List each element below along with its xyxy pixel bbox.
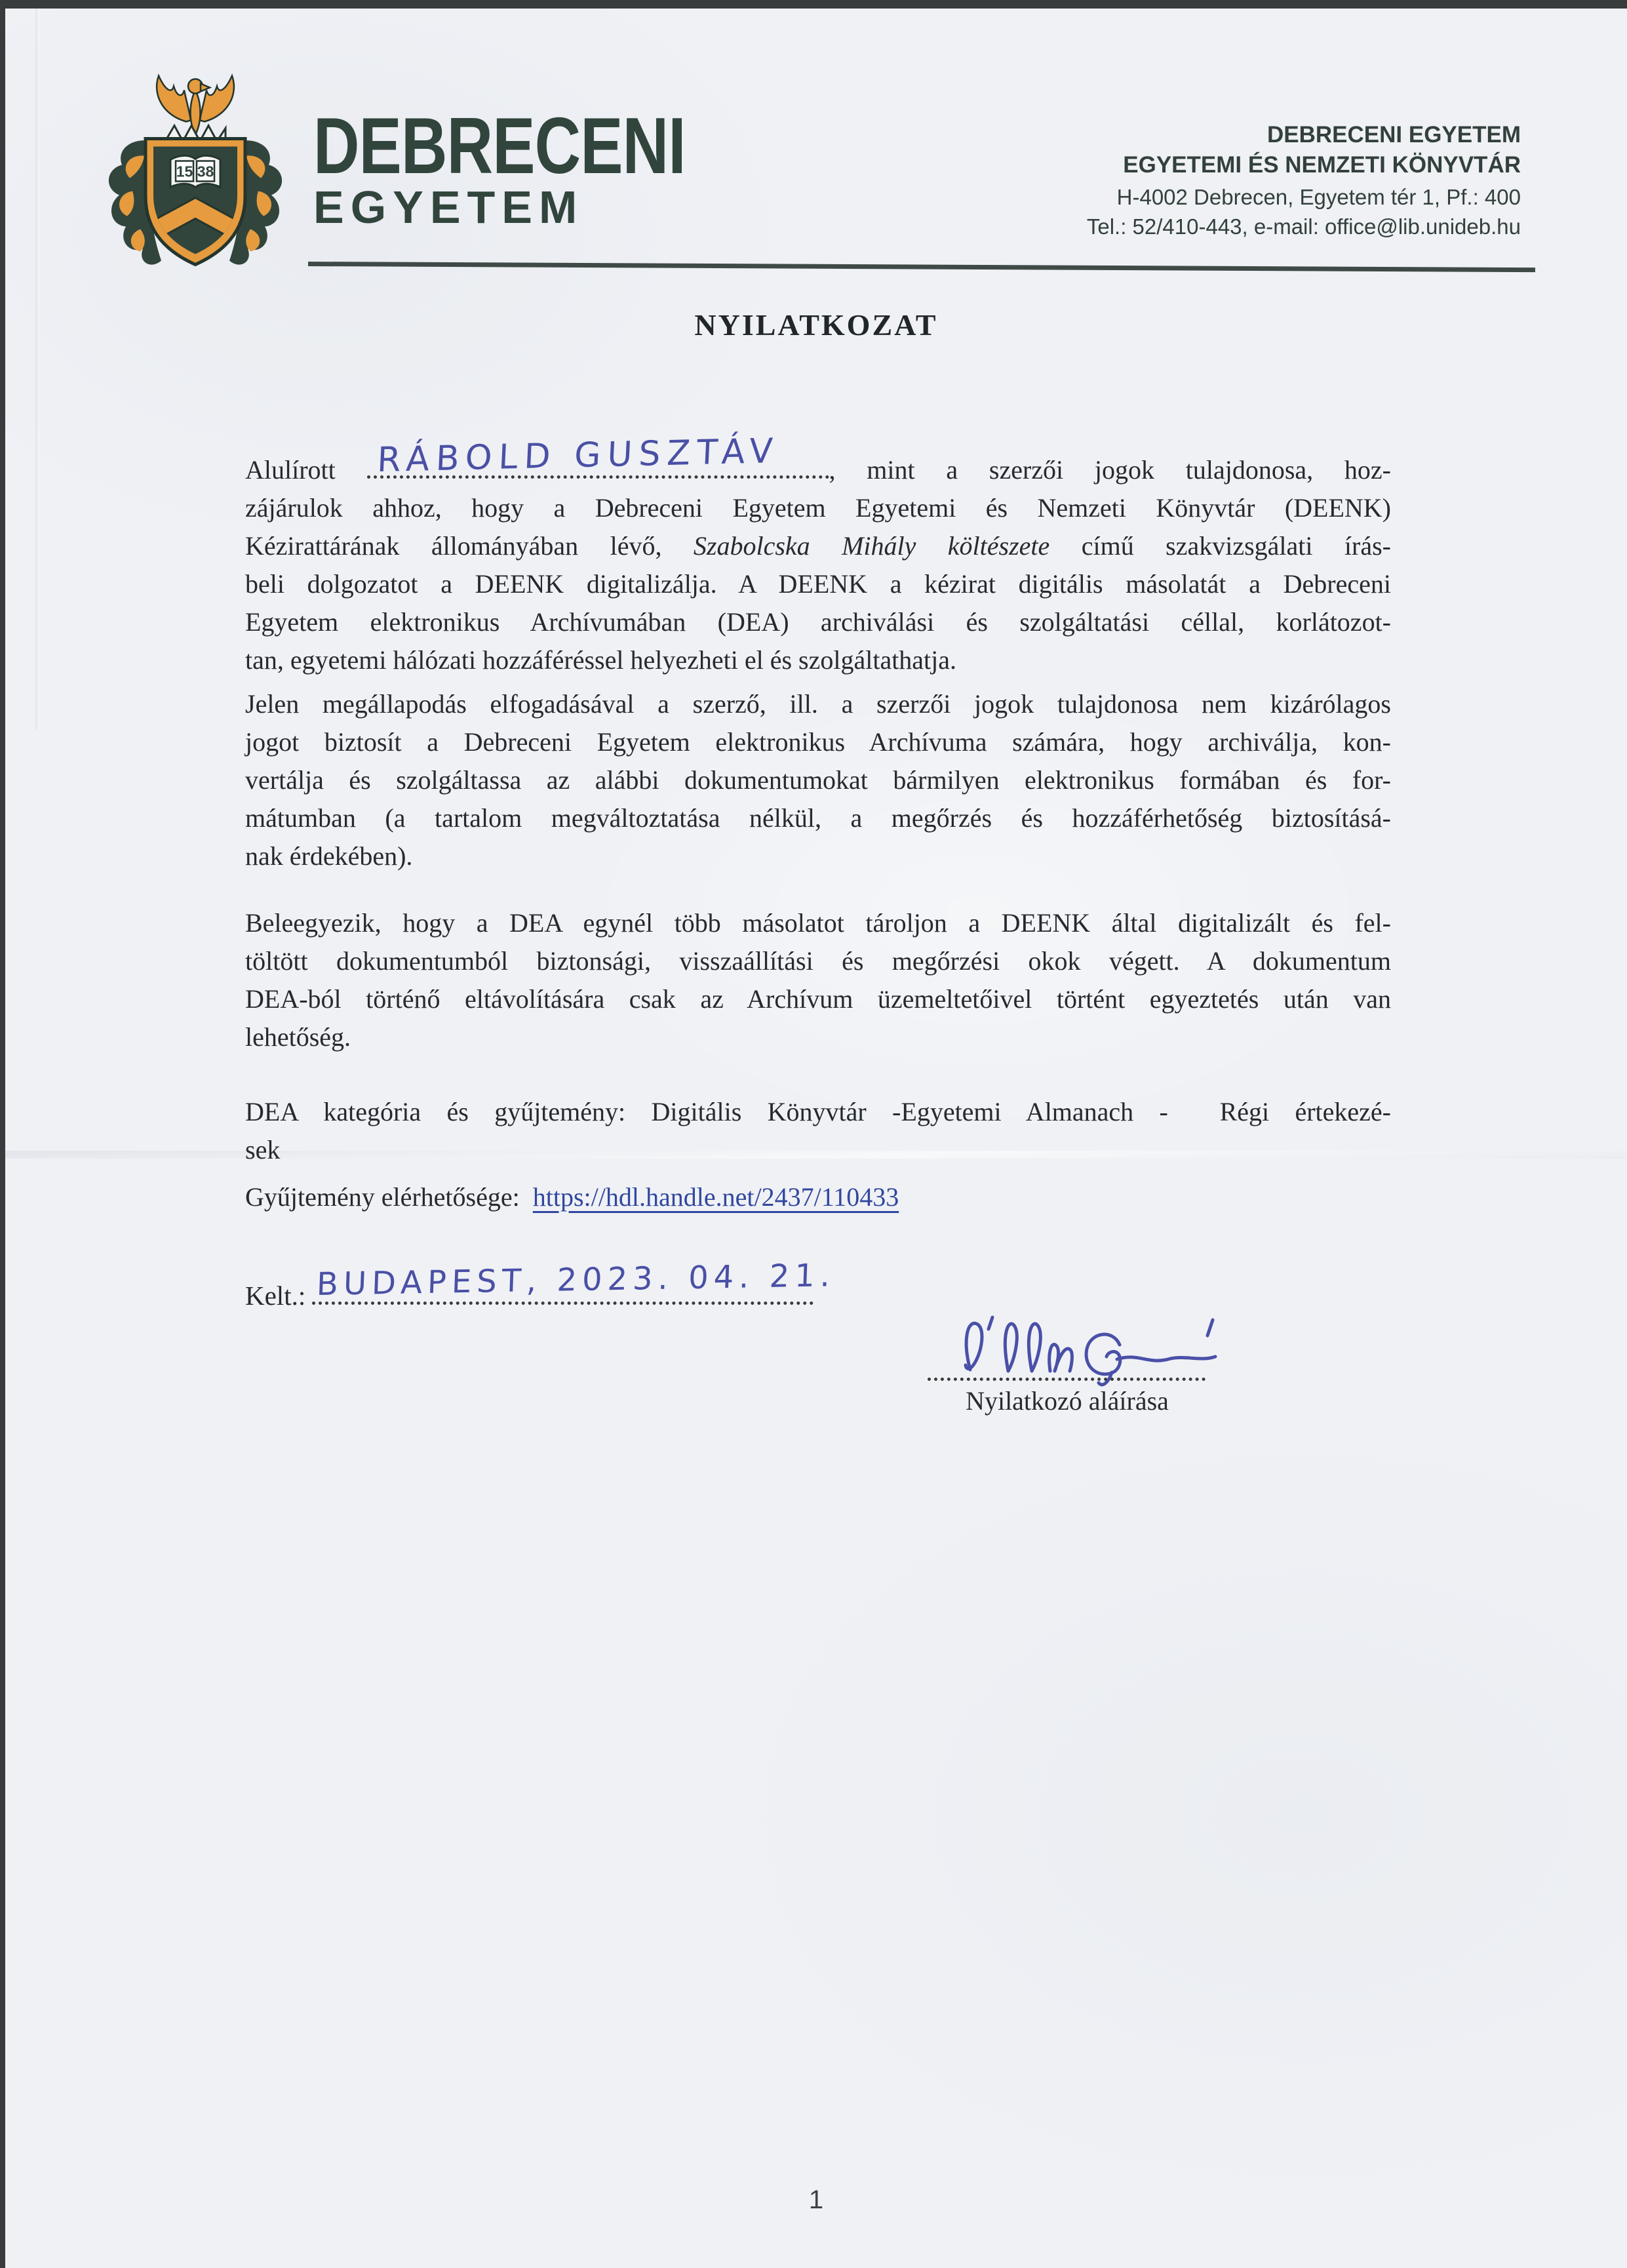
logo-wordmark-line1: DEBRECENI [313,107,686,184]
collection-availability-line: Gyűjtemény elérhetősége: https://hdl.han… [245,1178,1391,1216]
logo-wordmark-line2: EGYETEM [313,188,779,226]
paragraph-block-3: DEA kategória és gyűjtemény: Digitális K… [245,1093,1391,1216]
university-crest-icon: 15 38 [97,56,294,282]
opening-label: Alulírott [245,455,367,485]
body-line: DEA-ból történő eltávolítására csak az A… [245,980,1391,1018]
body-line: mátumban (a tartalom megváltoztatása nél… [245,799,1391,837]
body-line-segment: című szakvizsgálati írás- [1049,531,1391,561]
page-number: 1 [5,2185,1627,2215]
paper-crease-vertical [35,9,39,730]
letterhead-org-line1: DEBRECENI EGYETEM [1087,120,1521,150]
body-line-opening: Alulírott RÁBOLD GUSZTÁV, mint a szerzői… [245,447,1391,489]
body-line: lehetőség. [245,1018,1391,1056]
signature-dotted-line [928,1343,1206,1381]
crest-year-right: 38 [197,163,214,180]
document-title: NYILATKOZAT [5,308,1627,342]
letterhead-phone-email: Tel.: 52/410-443, e-mail: office@lib.uni… [1087,212,1521,241]
thesis-title-italic: Szabolcska Mihály költészete [694,531,1049,561]
dated-label: Kelt.: [245,1281,312,1311]
handwritten-declarant-name: RÁBOLD GUSZTÁV [376,432,780,479]
paper-sheet: 15 38 DEBRECENI EGYETEM DEBRECENI EGYETE… [5,9,1627,2268]
letterhead-contact-block: DEBRECENI EGYETEM EGYETEMI ÉS NEMZETI KÖ… [1087,120,1521,241]
dated-line: Kelt.: BUDAPEST, 2023. 04. 21. [245,1273,813,1311]
body-line-segment: Kézirattárának állományában lévő, [245,531,694,561]
opening-after: , mint a szerzői jogok tulajdonosa, hoz- [829,455,1391,485]
handwritten-place-date: BUDAPEST, 2023. 04. 21. [316,1257,836,1303]
logo-wordmark: DEBRECENI EGYETEM [313,107,779,226]
paragraph-block-1: Alulírott RÁBOLD GUSZTÁV, mint a szerzői… [245,447,1391,875]
letterhead-org-line2: EGYETEMI ÉS NEMZETI KÖNYVTÁR [1087,150,1521,180]
body-line: Kézirattárának állományában lévő, Szabol… [245,527,1391,565]
header-divider-rule [308,262,1535,272]
body-line: sek [245,1131,1391,1169]
body-line: töltött dokumentumból biztonsági, vissza… [245,942,1391,980]
letterhead-address: H-4002 Debrecen, Egyetem tér 1, Pf.: 400 [1087,182,1521,212]
body-line: beli dolgozatot a DEENK digitalizálja. A… [245,565,1391,603]
paragraph-block-2: Beleegyezik, hogy a DEA egynél több máso… [245,904,1391,1056]
body-line: Beleegyezik, hogy a DEA egynél több máso… [245,904,1391,942]
body-line: Jelen megállapodás elfogadásával a szerz… [245,685,1391,723]
body-line: vertálja és szolgáltassa az alábbi dokum… [245,761,1391,799]
dotted-name-field: RÁBOLD GUSZTÁV [367,447,829,479]
collection-url-link[interactable]: https://hdl.handle.net/2437/110433 [533,1182,899,1212]
body-line: tan, egyetemi hálózati hozzáféréssel hel… [245,641,1391,679]
scanned-document: 15 38 DEBRECENI EGYETEM DEBRECENI EGYETE… [0,0,1627,2268]
body-line: jogot biztosít a Debreceni Egyetem elekt… [245,723,1391,761]
dotted-date-field: BUDAPEST, 2023. 04. 21. [312,1273,813,1305]
body-line: DEA kategória és gyűjtemény: Digitális K… [245,1093,1391,1131]
availability-label: Gyűjtemény elérhetősége: [245,1182,533,1212]
body-line: zájárulok ahhoz, hogy a Debreceni Egyete… [245,489,1391,527]
crest-year-left: 15 [176,163,193,180]
body-line: nak érdekében). [245,837,1391,875]
body-line: Egyetem elektronikus Archívumában (DEA) … [245,603,1391,641]
signature-label: Nyilatkozó aláírása [910,1385,1225,1416]
